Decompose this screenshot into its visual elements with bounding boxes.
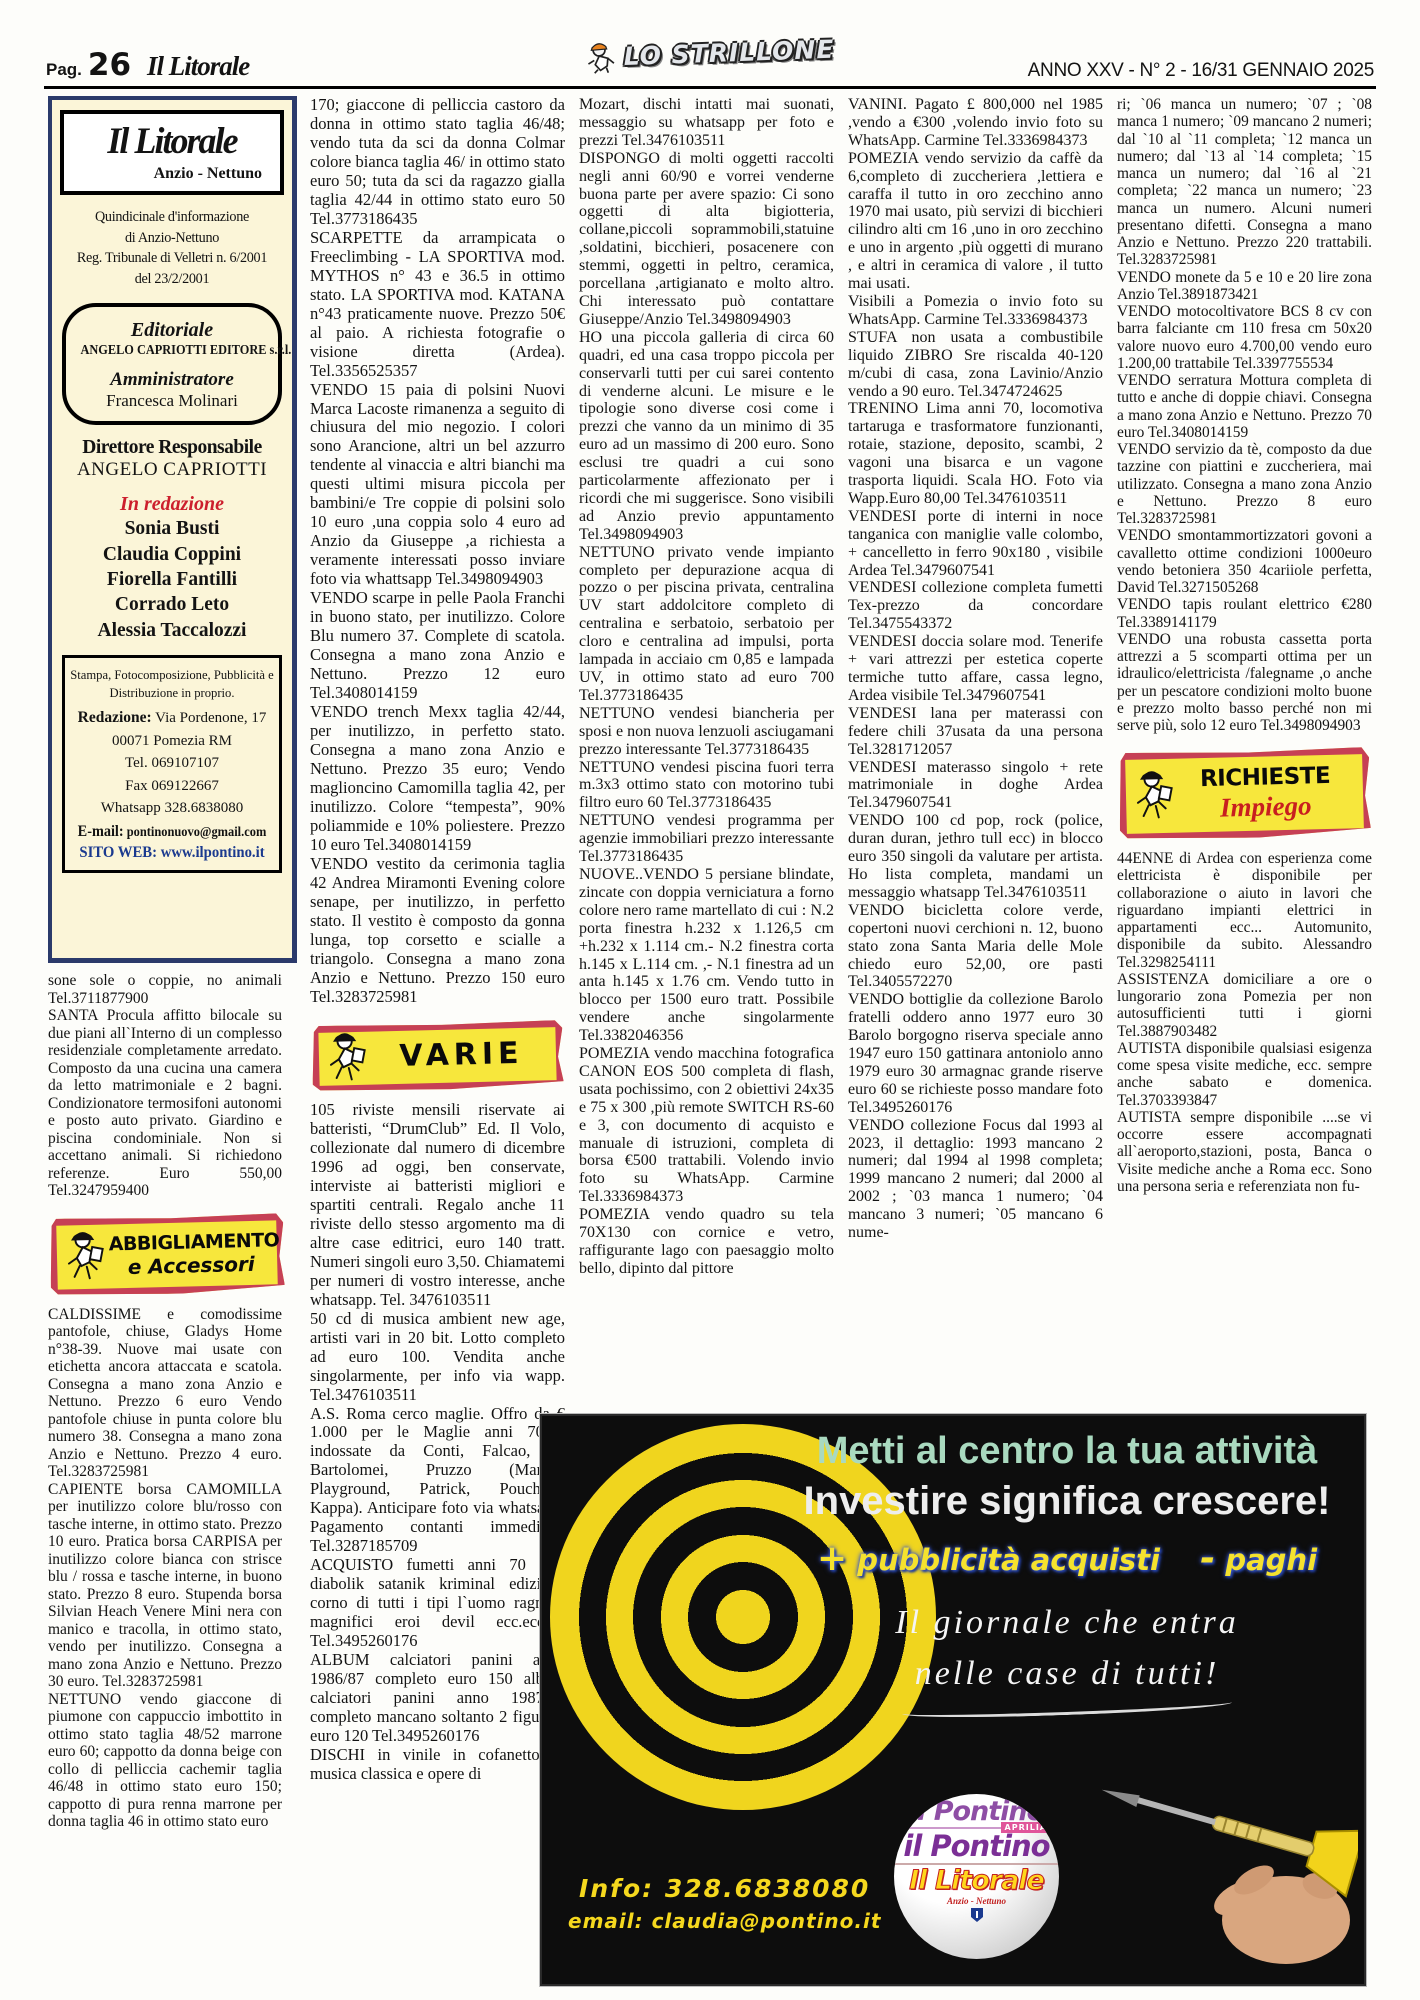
director-label: Direttore Responsabile bbox=[60, 437, 284, 459]
section-header-richieste-impiego: RICHIESTE Impiego bbox=[1118, 747, 1371, 841]
classified-ad: VENDO 15 paia di polsini Nuovi Marca Lac… bbox=[310, 381, 565, 590]
classified-ad: AUTISTA disponibile qualsiasi esigenza c… bbox=[1117, 1040, 1372, 1109]
staff-member: Claudia Coppini bbox=[60, 542, 284, 567]
staff-member: Fiorella Fantilli bbox=[60, 567, 284, 592]
classified-ad: VENDO monete da 5 e 10 e 20 lire zona An… bbox=[1117, 269, 1372, 304]
whatsapp-line: Whatsapp 328.6838080 bbox=[67, 797, 277, 820]
classified-ad: NUOVE..VENDO 5 persiane blindate, zincat… bbox=[579, 866, 834, 1045]
strillone-logo-text: LO STRILLONE bbox=[623, 34, 835, 70]
section-title: VARIE bbox=[371, 1036, 553, 1075]
classified-ad: VENDO una robusta cassetta porta attrezz… bbox=[1117, 631, 1372, 735]
col2-classifieds-bottom: 105 riviste mensili riservate ai batteri… bbox=[310, 1101, 565, 1784]
website-line: SITO WEB: www.ilpontino.it bbox=[72, 844, 272, 862]
newsboy-doodle-icon bbox=[1127, 767, 1176, 826]
classified-ad: TRENINO Lima anni 70, locomotiva tartaru… bbox=[848, 400, 1103, 507]
classified-ad: ACQUISTO fumetti anni 70 tipo diabolik s… bbox=[310, 1556, 565, 1651]
masthead-info-line: Quindicinale d'informazione bbox=[60, 207, 284, 228]
masthead-info-line: del 23/2/2001 bbox=[60, 269, 284, 290]
classified-ad: 50 cd di musica ambient new age, artisti… bbox=[310, 1310, 565, 1405]
staff-member: Sonia Busti bbox=[60, 516, 284, 541]
page-number: 26 bbox=[88, 50, 131, 81]
header-rule bbox=[44, 86, 1376, 89]
masthead-info-line: Reg. Tribunale di Velletri n. 6/2001 bbox=[60, 248, 284, 269]
masthead-title: Il Litorale bbox=[69, 120, 275, 163]
email-label: E-mail: bbox=[78, 823, 124, 840]
address-block: Redazione: Via Pordenone, 17 00071 Pomez… bbox=[67, 706, 277, 820]
classified-ad: POMEZIA vendo macchina fotografica CANON… bbox=[579, 1045, 834, 1206]
classified-ad: 44ENNE di Ardea con esperienza come elet… bbox=[1117, 850, 1372, 971]
director-name: ANGELO CAPRIOTTI bbox=[60, 459, 284, 481]
classified-ad: HO una piccola galleria di circa 60 quad… bbox=[579, 329, 834, 544]
address-line: Redazione: Via Pordenone, 17 bbox=[67, 706, 277, 730]
address-city: 00071 Pomezia RM bbox=[67, 730, 277, 753]
section-header-varie: VARIE bbox=[311, 1019, 564, 1092]
column-2: 170; giaccone di pelliccia castoro da do… bbox=[310, 96, 565, 1990]
classified-ad: DISCHI in vinile in cofanetto di musica … bbox=[310, 1746, 565, 1784]
classified-ad: VANINI. Pagato £ 800,000 nel 1985 ,vendo… bbox=[848, 96, 1103, 150]
classified-ad: AUTISTA sempre disponibile ....se vi occ… bbox=[1117, 1109, 1372, 1195]
strillone-mascot-icon bbox=[585, 39, 620, 74]
staff-label: In redazione bbox=[60, 493, 284, 516]
col1-classifieds-top: sone sole o coppie, no animali Tel.37118… bbox=[48, 972, 296, 1200]
promo-email: email: claudia@pontino.it bbox=[568, 1909, 881, 1933]
col1-classifieds-bottom: CALDISSIME e comodissime pantofole, chiu… bbox=[48, 1306, 296, 1831]
masthead-info: Quindicinale d'informazionedi Anzio-Nett… bbox=[60, 207, 284, 289]
col5-classifieds-bottom: 44ENNE di Ardea con esperienza come elet… bbox=[1117, 850, 1372, 1195]
issue-info: ANNO XXV - N° 2 - 16/31 GENNAIO 2025 bbox=[1028, 60, 1374, 82]
classified-ad: ALBUM calciatori panini anno 1986/87 com… bbox=[310, 1651, 565, 1746]
promo-contact-info: Info: 328.6838080 email: claudia@pontino… bbox=[568, 1874, 881, 1933]
address-street: Via Pordenone, 17 bbox=[155, 710, 266, 726]
admin-name: Francesca Molinari bbox=[68, 391, 276, 411]
column-5: ri; `06 manca un numero; `07 ; `08 manca… bbox=[1117, 96, 1372, 1412]
page-header: Pag. 26 Il Litorale LO STRILLONE ANNO XX… bbox=[46, 38, 1374, 82]
classified-ad: Mozart, dischi intatti mai suonati, mess… bbox=[579, 96, 834, 150]
newspaper-brand: Il Litorale bbox=[147, 51, 249, 82]
admin-label: Amministratore bbox=[68, 369, 276, 391]
column-3: Mozart, dischi intatti mai suonati, mess… bbox=[579, 96, 834, 1412]
classified-ad: VENDESI porte di interni in noce tangani… bbox=[848, 508, 1103, 580]
email-line: E-mail: pontinonuovo@gmail.com bbox=[75, 823, 268, 841]
classified-ad: VENDO tapis roulant elettrico €280 Tel.3… bbox=[1117, 596, 1372, 631]
classified-ad: Visibili a Pomezia o invio foto su Whats… bbox=[848, 293, 1103, 329]
classified-ad: VENDO 100 cd pop, rock (police, duran du… bbox=[848, 812, 1103, 902]
newspaper-page: Pag. 26 Il Litorale LO STRILLONE ANNO XX… bbox=[0, 0, 1420, 2000]
promo-slogan: Il giornale che entra nelle case di tutt… bbox=[780, 1597, 1354, 1715]
classified-ad: VENDESI lana per materassi con federe ch… bbox=[848, 705, 1103, 759]
classified-ad: ri; `06 manca un numero; `07 ; `08 manca… bbox=[1117, 96, 1372, 269]
classified-ad: DISPONGO di molti oggetti raccolti negli… bbox=[579, 150, 834, 329]
strillone-logo: LO STRILLONE bbox=[585, 32, 835, 75]
classified-ad: VENDO smontammortizzatori govoni a caval… bbox=[1117, 527, 1372, 596]
classified-ad: VENDO bicicletta colore verde, copertoni… bbox=[848, 902, 1103, 992]
masthead-title-box: Il Litorale Anzio - Nettuno bbox=[60, 110, 284, 195]
email-address: pontinonuovo@gmail.com bbox=[127, 824, 267, 839]
promo-advert: Metti al centro la tua attività Investir… bbox=[540, 1414, 1366, 1986]
litorale-logo: Il Litorale bbox=[894, 1865, 1059, 1896]
classified-ad: NETTUNO vendo giaccone di piumone con ca… bbox=[48, 1691, 282, 1831]
page-label: Pag. bbox=[46, 60, 82, 80]
website-url: www.ilpontino.it bbox=[161, 844, 265, 861]
classified-ad: VENDO bottiglie da collezione Barolo fra… bbox=[848, 991, 1103, 1116]
classified-ad: POMEZIA vendo servizio da caffè da 6,com… bbox=[848, 150, 1103, 293]
classified-ad: VENDESI doccia solare mod. Tenerife + va… bbox=[848, 633, 1103, 705]
pontino-logo: il Pontino APRILIA bbox=[894, 1827, 1059, 1865]
column-masthead: Il Litorale Anzio - Nettuno Quindicinale… bbox=[48, 96, 296, 1990]
classified-ad: NETTUNO vendesi biancheria per sposi e n… bbox=[579, 705, 834, 759]
classified-ad: POMEZIA vendo quadro su tela 70X130 con … bbox=[579, 1206, 834, 1278]
classified-ad: sone sole o coppie, no animali Tel.37118… bbox=[48, 972, 282, 1007]
classified-ad: CAPIENTE borsa CAMOMILLA per inutilizzo … bbox=[48, 1481, 282, 1691]
staff-member: Alessia Taccalozzi bbox=[60, 618, 284, 643]
classified-ad: SCARPETTE da arrampicata o Freeclimbing … bbox=[310, 229, 565, 381]
classified-ad: 170; giaccone di pelliccia castoro da do… bbox=[310, 96, 565, 229]
classified-ad: 105 riviste mensili riservate ai batteri… bbox=[310, 1101, 565, 1310]
staff-member: Corrado Leto bbox=[60, 592, 284, 617]
promo-offer-line: + pubblicità acquisti - paghi bbox=[780, 1538, 1354, 1579]
publisher-emblem-icon bbox=[970, 1907, 984, 1923]
editorial-name: ANGELO CAPRIOTTI EDITORE s.r.l. bbox=[80, 343, 263, 359]
masthead-box: Il Litorale Anzio - Nettuno Quindicinale… bbox=[48, 96, 296, 962]
newsboy-doodle-icon bbox=[58, 1227, 107, 1286]
minus-sign: - bbox=[1200, 1538, 1215, 1579]
col2-classifieds-top: 170; giaccone di pelliccia castoro da do… bbox=[310, 96, 565, 1007]
column-4: VANINI. Pagato £ 800,000 nel 1985 ,vendo… bbox=[848, 96, 1103, 1412]
fax-line: Fax 069122667 bbox=[67, 775, 277, 798]
newsboy-doodle-icon bbox=[320, 1028, 369, 1087]
classified-ad: VENDO servizio da tè, composto da due ta… bbox=[1117, 441, 1372, 527]
classified-ad: SANTA Procula affitto bilocale su due pi… bbox=[48, 1007, 282, 1200]
classified-ad: NETTUNO vendesi piscina fuori terra m.3x… bbox=[579, 759, 834, 813]
classified-ad: VENDESI collezione completa fumetti Tex-… bbox=[848, 579, 1103, 633]
classified-ad: VENDO vestito da cerimonia taglia 42 And… bbox=[310, 855, 565, 1007]
masthead-info-line: di Anzio-Nettuno bbox=[60, 228, 284, 249]
promo-text-block: Metti al centro la tua attività Investir… bbox=[780, 1430, 1354, 1715]
classified-ad: ASSISTENZA domiciliare a ore o lungorari… bbox=[1117, 971, 1372, 1040]
slogan-line-2: nelle case di tutti! bbox=[780, 1648, 1354, 1699]
section-subtitle: e Accessori bbox=[109, 1251, 274, 1279]
phone-line: Tel. 069107107 bbox=[67, 752, 277, 775]
plus-text: pubblicità acquisti bbox=[857, 1543, 1160, 1577]
minus-text: paghi bbox=[1225, 1543, 1317, 1577]
promo-headline: Metti al centro la tua attività bbox=[780, 1430, 1354, 1473]
classified-ad: VENDO serratura Mottura completa di tutt… bbox=[1117, 372, 1372, 441]
publisher-box: Editoriale ANGELO CAPRIOTTI EDITORE s.r.… bbox=[62, 303, 282, 425]
promo-phone: Info: 328.6838080 bbox=[568, 1874, 881, 1903]
classified-ad: VENDO trench Mexx taglia 42/44, per inut… bbox=[310, 703, 565, 855]
production-note: Stampa, Fotocomposizione, Pubblicità e D… bbox=[70, 666, 274, 702]
classified-ad: VENDO scarpe in pelle Paola Franchi in b… bbox=[310, 589, 565, 703]
classified-ad: VENDO collezione Focus dal 1993 al 2023,… bbox=[848, 1117, 1103, 1242]
plus-sign: + bbox=[817, 1538, 847, 1579]
classified-ad: VENDESI materasso singolo + rete matrimo… bbox=[848, 759, 1103, 813]
col4-classifieds: VANINI. Pagato £ 800,000 nel 1985 ,vendo… bbox=[848, 96, 1103, 1242]
editorial-label: Editoriale bbox=[68, 319, 276, 342]
section-header-abbigliamento: ABBIGLIAMENTO e Accessori bbox=[49, 1213, 285, 1297]
page-content: Il Litorale Anzio - Nettuno Quindicinale… bbox=[48, 96, 1372, 1990]
col3-classifieds: Mozart, dischi intatti mai suonati, mess… bbox=[579, 96, 834, 1278]
litorale-logo-subtitle: Anzio - Nettuno bbox=[894, 1896, 1059, 1906]
pontino-logo-text: il Pontino bbox=[903, 1829, 1049, 1863]
hand-with-dart-graphic bbox=[1058, 1730, 1358, 1970]
classified-ad: A.S. Roma cerco maglie. Offro da € 1.000… bbox=[310, 1405, 565, 1557]
col5-classifieds-top: ri; `06 manca un numero; `07 ; `08 manca… bbox=[1117, 96, 1372, 734]
classified-ad: VENDO motocoltivatore BCS 8 cv con barra… bbox=[1117, 303, 1372, 372]
classified-ad: NETTUNO vendesi programma per agenzie im… bbox=[579, 812, 834, 866]
promo-subheadline: Investire significa crescere! bbox=[780, 1479, 1354, 1524]
page-number-group: Pag. 26 Il Litorale bbox=[46, 50, 249, 82]
classified-ad: CALDISSIME e comodissime pantofole, chiu… bbox=[48, 1306, 282, 1481]
classified-ad: NETTUNO privato vende impianto completo … bbox=[579, 544, 834, 705]
address-label: Redazione: bbox=[78, 709, 152, 726]
contact-box: Stampa, Fotocomposizione, Pubblicità e D… bbox=[62, 655, 282, 873]
slogan-line-1: Il giornale che entra bbox=[780, 1597, 1354, 1648]
aprilia-tag: APRILIA bbox=[1001, 1822, 1051, 1833]
section-subtitle: Impiego bbox=[1172, 789, 1360, 824]
masthead-subtitle: Anzio - Nettuno bbox=[66, 165, 278, 183]
website-label: SITO WEB: bbox=[79, 844, 157, 861]
classified-ad: STUFA non usata a combustibile liquido Z… bbox=[848, 329, 1103, 401]
staff-list: Sonia BustiClaudia CoppiniFiorella Fanti… bbox=[60, 516, 284, 643]
logo-ball-graphic: il Pontino il Pontino APRILIA Il Litoral… bbox=[894, 1794, 1059, 1959]
slogan-underline bbox=[902, 1695, 1232, 1721]
